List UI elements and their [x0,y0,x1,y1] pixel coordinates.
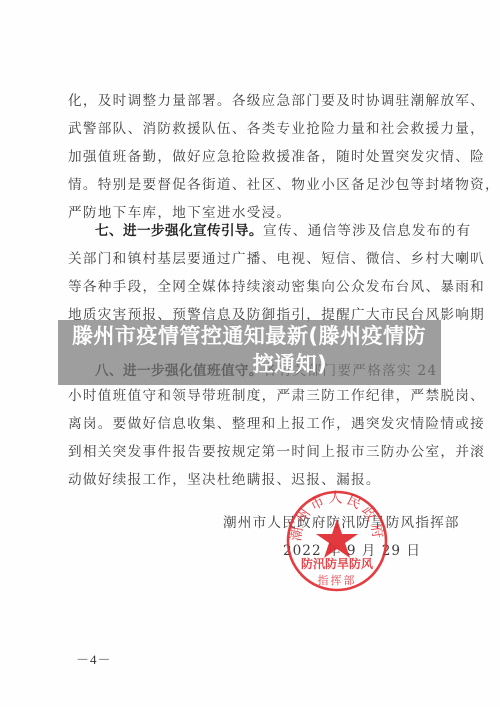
body-line: 动做好续报工作，坚决杜绝瞒报、迟报、漏报。 [68,470,438,490]
body-line: 小时值班值守和领导带班制度，严肃三防工作纪律，严禁脱岗、 [68,386,438,406]
body-line: 化，及时调整力量部署。各级应急部门要及时协调驻潮解放军、 [68,91,438,111]
article-title-line2: 控通知) [0,350,500,378]
page-number: －4－ [76,649,112,668]
section-7-first-line: 七、进一步强化宣传引导。宣传、通信等涉及信息发布的有 [95,221,438,241]
body-line: 关部门和镇村基层要通过广播、电视、短信、微信、乡村大喇叭 [68,249,438,269]
seal-inner-line1: 防汛防旱防风 [301,556,374,571]
body-line: 武警部队、消防救援队伍、各类专业抢险力量和社会救援力量， [68,119,438,139]
seal-inner-line2: 指挥部 [318,573,357,587]
body-line: 加强值班备勤，做好应急抢险救援准备，随时处置突发灾情、险 [68,147,438,167]
body-line: 严防地下车库，地下室进水受浸。 [68,203,438,223]
seal-star-icon [316,519,358,558]
official-seal-icon: 潮州市人民政府 防汛防旱防风 指挥部 [285,489,389,593]
section-7-heading: 七、进一步强化宣传引导。 [95,223,263,239]
body-line: 离岗。要做好信息收集、整理和上报工作，遇突发灾情险情或接 [68,414,438,434]
body-line: 等各种手段，全网全媒体持续滚动密集向公众发布台风、暴雨和 [68,277,438,297]
body-line: 情。特别是要督促各街道、社区、物业小区备足沙包等封堵物资， [68,175,438,195]
body-line: 到相关突发事件报告要按规定第一时间上报市三防办公室，并滚 [68,442,438,462]
section-7-first-line-text: 宣传、通信等涉及信息发布的有 [263,223,472,239]
article-title-line1: 滕州市疫情管控通知最新(滕州疫情防 [0,322,500,350]
article-title: 滕州市疫情管控通知最新(滕州疫情防 控通知) [0,322,500,378]
